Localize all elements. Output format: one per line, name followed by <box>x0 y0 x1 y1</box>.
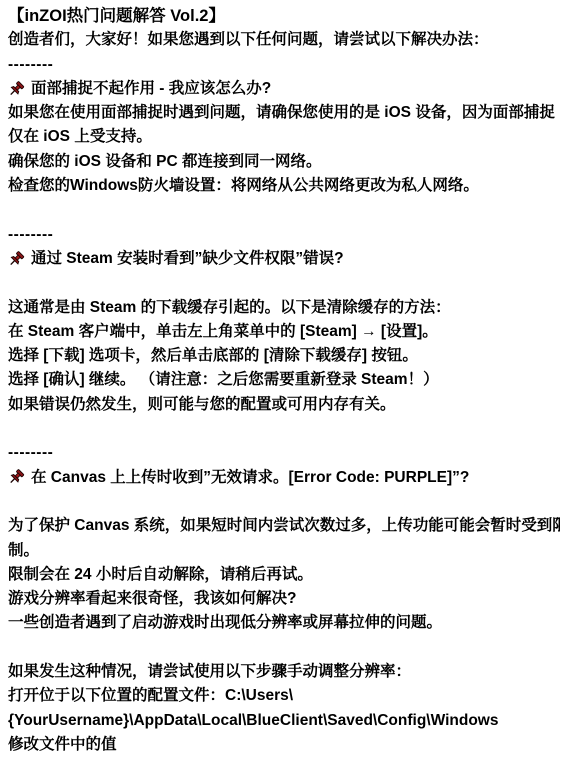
body-line: 选择 [确认] 继续。 （请注意：之后您需要重新登录 Steam！） <box>8 368 560 392</box>
blank-line <box>8 636 560 660</box>
pushpin-icon <box>8 251 25 268</box>
separator: -------- <box>8 441 560 465</box>
faq-heading-label: 在 Canvas 上上传时收到”无效请求。[Error Code: PURPLE… <box>31 466 469 490</box>
page-title: 【inZOI热门问题解答 Vol.2】 <box>8 4 560 28</box>
separator: -------- <box>8 53 560 77</box>
body-line: 为了保护 Canvas 系统，如果短时间内尝试次数过多，上传功能可能会暂时受到限 <box>8 514 560 538</box>
body-line: 确保您的 iOS 设备和 PC 都连接到同一网络。 <box>8 150 560 174</box>
blank-line <box>8 417 560 441</box>
faq-document: 【inZOI热门问题解答 Vol.2】 创造者们，大家好！如果您遇到以下任何问题… <box>0 0 564 757</box>
pushpin-icon <box>8 81 25 98</box>
faq-heading-label: 通过 Steam 安装时看到”缺少文件权限”错误? <box>31 247 344 271</box>
body-line: 选择 [下载] 选项卡，然后单击底部的 [清除下载缓存] 按钮。 <box>8 344 560 368</box>
intro-text: 创造者们，大家好！如果您遇到以下任何问题，请尝试以下解决办法： <box>8 28 560 52</box>
body-line: 打开位于以下位置的配置文件：C:\Users\ <box>8 684 560 708</box>
body-line: 修改文件中的值 <box>8 733 560 757</box>
body-line: 游戏分辨率看起来很奇怪，我该如何解决? <box>8 587 560 611</box>
blank-line <box>8 198 560 222</box>
body-line: 制。 <box>8 539 560 563</box>
body-line: 检查您的Windows防火墙设置：将网络从公共网络更改为私人网络。 <box>8 174 560 198</box>
faq-heading-face-capture: 面部捕捉不起作用 - 我应该怎么办? <box>8 77 560 101</box>
pushpin-icon <box>8 469 25 486</box>
blank-line <box>8 490 560 514</box>
body-line: 如果发生这种情况，请尝试使用以下步骤手动调整分辨率： <box>8 660 560 684</box>
separator: -------- <box>8 223 560 247</box>
faq-heading-steam-permissions: 通过 Steam 安装时看到”缺少文件权限”错误? <box>8 247 560 271</box>
body-line: 一些创造者遇到了启动游戏时出现低分辨率或屏幕拉伸的问题。 <box>8 611 560 635</box>
body-line: 在 Steam 客户端中，单击左上角菜单中的 [Steam] → [设置]。 <box>8 320 560 344</box>
body-line: 仅在 iOS 上受支持。 <box>8 125 560 149</box>
body-line: 限制会在 24 小时后自动解除，请稍后再试。 <box>8 563 560 587</box>
body-line: {YourUsername}\AppData\Local\BlueClient\… <box>8 709 560 733</box>
body-line: 如果错误仍然发生，则可能与您的配置或可用内存有关。 <box>8 393 560 417</box>
faq-heading-label: 面部捕捉不起作用 - 我应该怎么办? <box>31 77 271 101</box>
blank-line <box>8 271 560 295</box>
body-line: 如果您在使用面部捕捉时遇到问题，请确保您使用的是 iOS 设备，因为面部捕捉 <box>8 101 560 125</box>
faq-heading-canvas-upload: 在 Canvas 上上传时收到”无效请求。[Error Code: PURPLE… <box>8 466 560 490</box>
body-line: 这通常是由 Steam 的下载缓存引起的。以下是清除缓存的方法： <box>8 296 560 320</box>
